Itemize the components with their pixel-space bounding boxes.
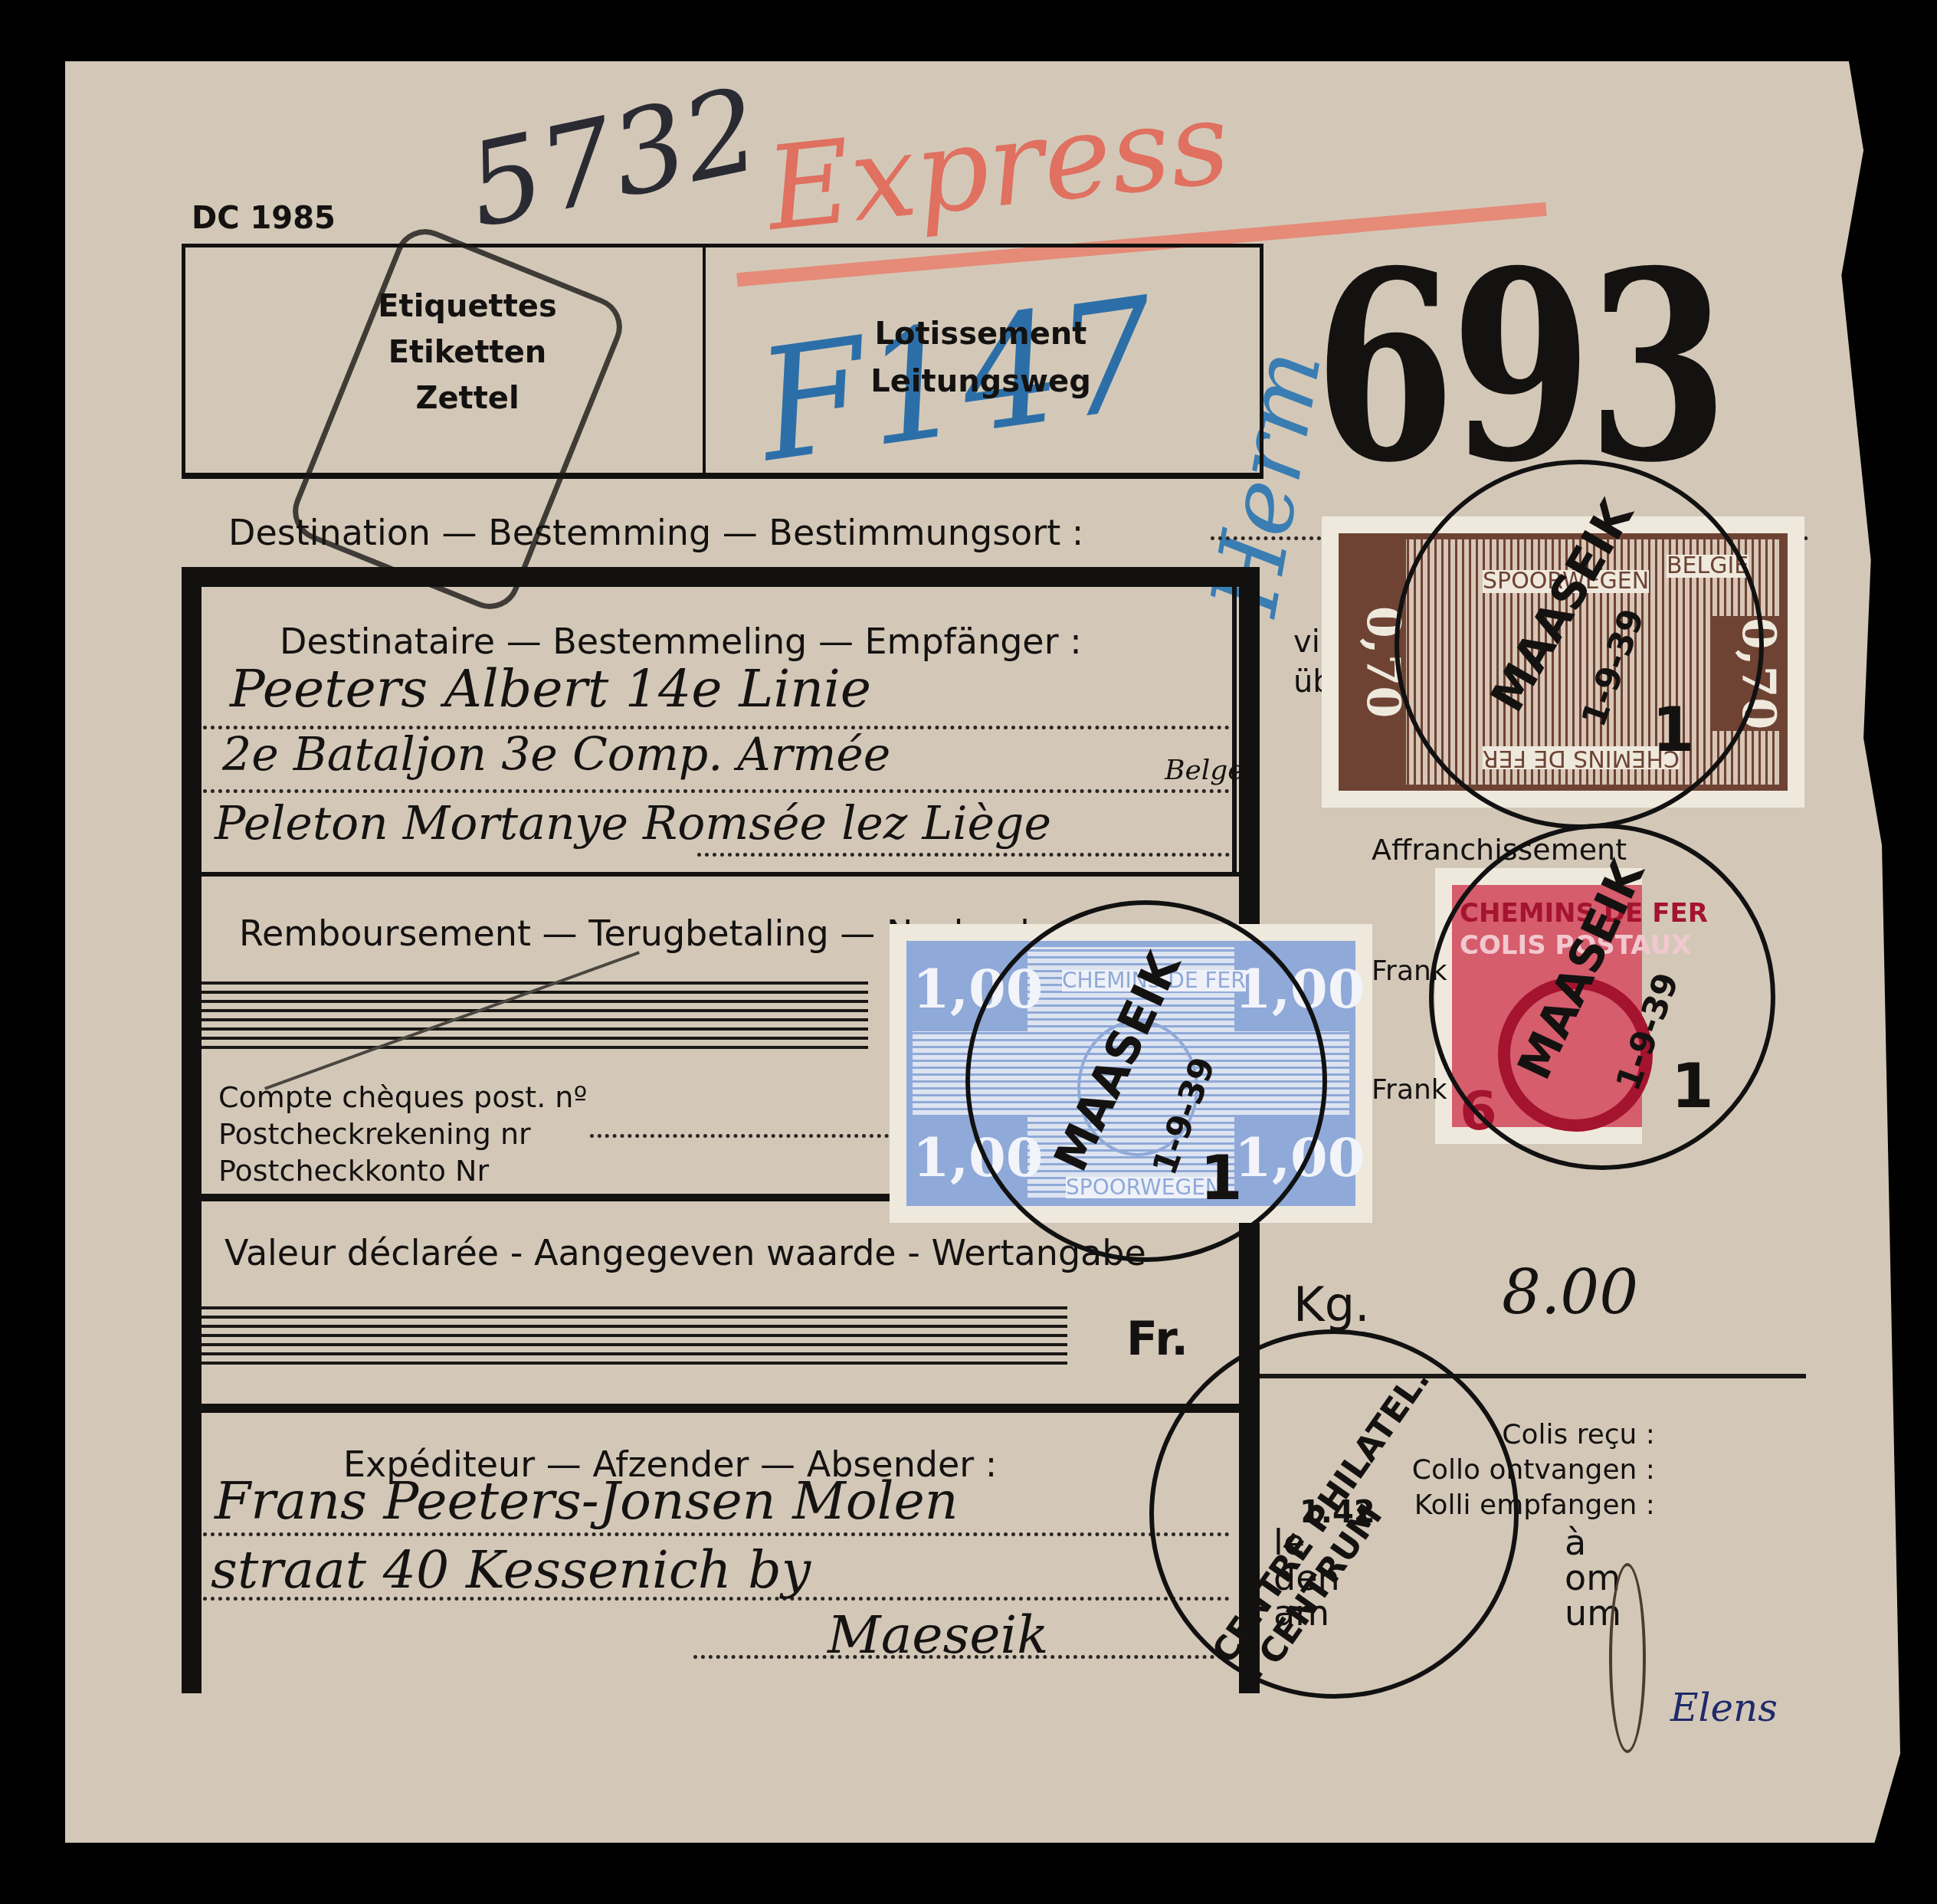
postmark-date: 1.42 — [1300, 1495, 1375, 1530]
postcheque-de: Postcheckkonto Nr — [218, 1152, 587, 1189]
consignee-box-right — [1232, 587, 1237, 875]
postmark-office: 1 — [1671, 1050, 1714, 1122]
postcheque-field[interactable] — [590, 1134, 889, 1138]
form-code: DC 1985 — [192, 203, 336, 234]
postmark-maaseik-1: MAASEIK 1-9-39 1 — [1395, 460, 1764, 829]
sender-text-3: Maeseik — [828, 1605, 1049, 1666]
consignee-line-3[interactable] — [697, 853, 1230, 857]
sender-text-2: straat 40 Kessenich by — [211, 1540, 811, 1601]
consignee-text-3: Peleton Mortanye Romsée lez Liège — [215, 797, 1051, 850]
declared-value-lines — [202, 1306, 1067, 1371]
postmark-centre-philatel: CENTRE PHILATEL. - CENTRUM 1.42 — [1149, 1329, 1519, 1699]
routing-de: Leitungsweg — [828, 358, 1134, 405]
postmark-maaseik-3: MAASEIK 1-9-39 1 — [965, 900, 1327, 1262]
date-om: om — [1565, 1560, 1621, 1595]
cod-lines — [202, 981, 868, 1055]
signature-mark: Elens — [1670, 1686, 1778, 1730]
routing-fr: Lotissement — [828, 310, 1134, 358]
consignee-text-2: 2e Bataljon 3e Comp. Armée — [222, 728, 890, 782]
weight-label: Kg. — [1293, 1281, 1370, 1329]
postcheque-labels: Compte chèques post. nº Postcheckrekenin… — [218, 1079, 587, 1189]
consignee-text-1: Peeters Albert 14e Linie — [230, 659, 871, 719]
postmark-date: 1-9-39 — [1574, 604, 1652, 732]
routing-box: Lotissement Leitungsweg — [828, 310, 1134, 405]
declared-value-label: Valeur déclarée - Aangegeven waarde - We… — [225, 1235, 1146, 1270]
postmark-office: 1 — [1200, 1142, 1243, 1214]
frame-top — [182, 567, 1260, 587]
postmark-office: 1 — [1652, 694, 1695, 765]
parcel-number: 693 — [1314, 238, 1724, 498]
sender-line-1[interactable] — [203, 1532, 1230, 1536]
postmark-maaseik-2: MAASEIK 1-9-39 1 — [1429, 824, 1775, 1170]
consignee-label: Destinataire — Bestemmeling — Empfänger … — [280, 624, 1082, 659]
postcheque-fr: Compte chèques post. nº — [218, 1079, 587, 1116]
weight-value: 8.00 — [1502, 1257, 1638, 1328]
divider-2 — [202, 1404, 1260, 1413]
signature-loop — [1609, 1563, 1646, 1753]
currency-label: Fr. — [1126, 1316, 1188, 1362]
franking-sub-2: Frank — [1372, 1077, 1447, 1104]
postcheque-nl: Postcheckrekening nr — [218, 1116, 587, 1152]
date-a: à — [1565, 1525, 1586, 1560]
sender-text-1: Frans Peeters-Jonsen Molen — [215, 1471, 959, 1532]
consignee-box-bottom — [202, 872, 1239, 877]
header-divider — [703, 244, 706, 475]
consignee-note: Belge — [1165, 755, 1244, 786]
consignee-line-2[interactable] — [203, 789, 1230, 793]
frame-left — [182, 567, 202, 1693]
destination-label: Destination — Bestemming — Bestimmungsor… — [228, 515, 1083, 550]
